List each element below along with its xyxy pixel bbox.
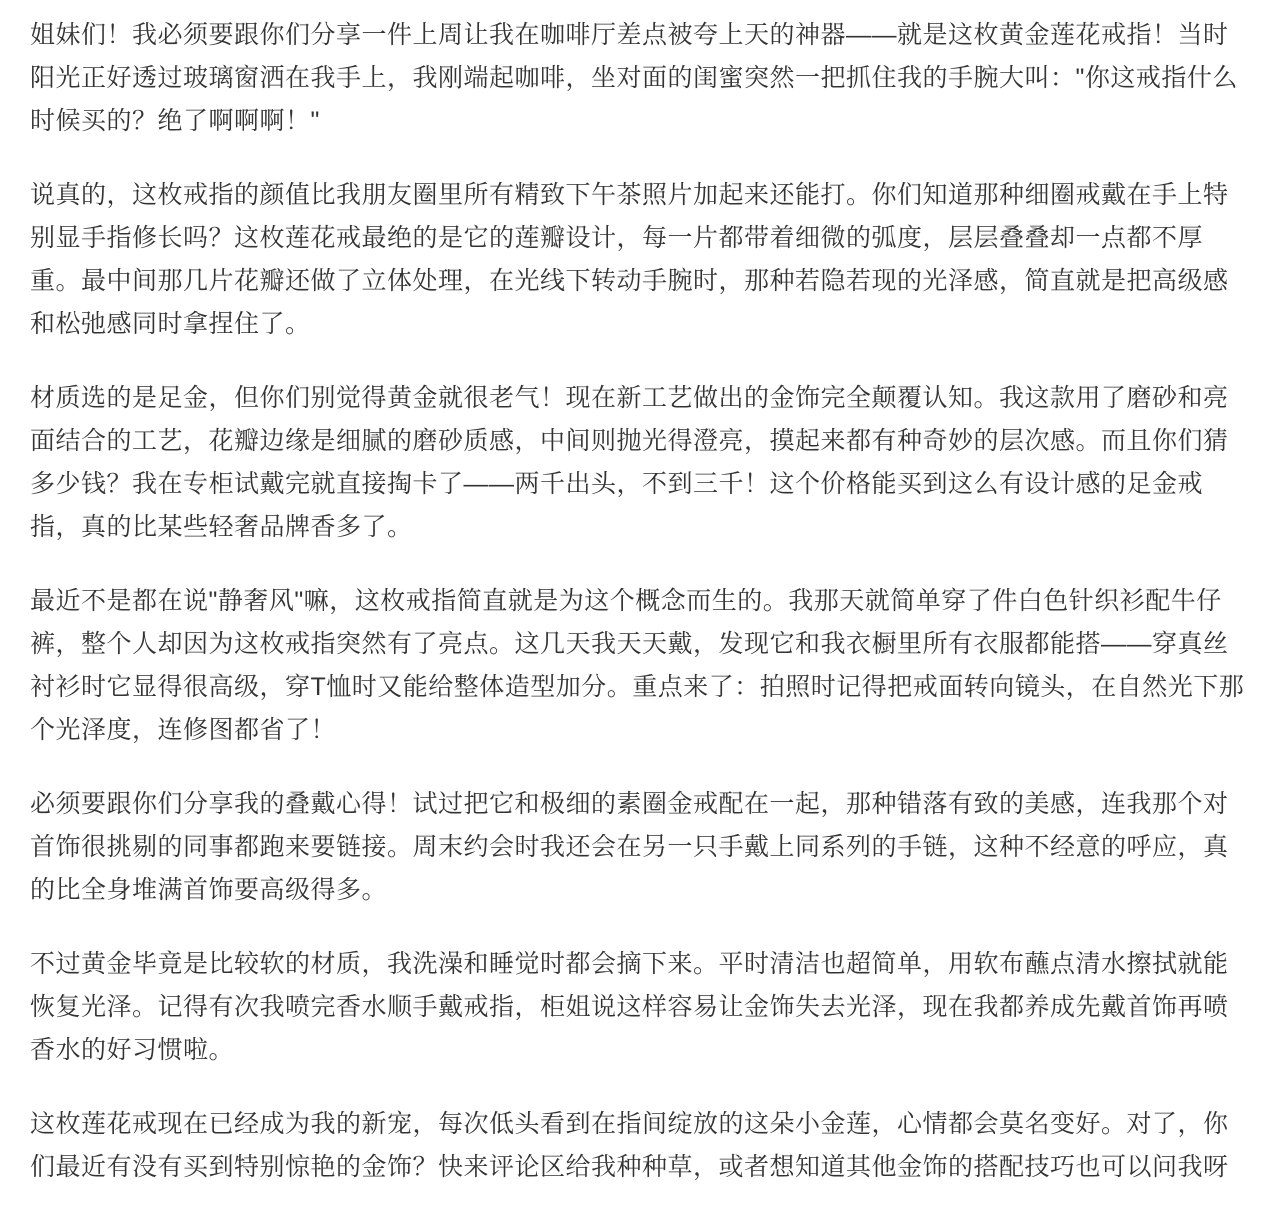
- paragraph-3: 材质选的是足金，但你们别觉得黄金就很老气！现在新工艺做出的金饰完全颠覆认知。我这…: [30, 377, 1252, 549]
- paragraph-5: 必须要跟你们分享我的叠戴心得！试过把它和极细的素圈金戒配在一起，那种错落有致的美…: [30, 783, 1252, 912]
- document-page: 姐妹们！我必须要跟你们分享一件上周让我在咖啡厅差点被夸上天的神器——就是这枚黄金…: [0, 0, 1280, 1226]
- paragraph-6: 不过黄金毕竟是比较软的材质，我洗澡和睡觉时都会摘下来。平时清洁也超简单，用软布蘸…: [30, 943, 1252, 1072]
- paragraph-2: 说真的，这枚戒指的颜值比我朋友圈里所有精致下午茶照片加起来还能打。你们知道那种细…: [30, 174, 1252, 346]
- paragraph-7: 这枚莲花戒现在已经成为我的新宠，每次低头看到在指间绽放的这朵小金莲，心情都会莫名…: [30, 1103, 1252, 1189]
- paragraph-4: 最近不是都在说"静奢风"嘛，这枚戒指简直就是为这个概念而生的。我那天就简单穿了件…: [30, 580, 1252, 752]
- paragraph-1: 姐妹们！我必须要跟你们分享一件上周让我在咖啡厅差点被夸上天的神器——就是这枚黄金…: [30, 14, 1252, 143]
- article-body: 姐妹们！我必须要跟你们分享一件上周让我在咖啡厅差点被夸上天的神器——就是这枚黄金…: [0, 0, 1280, 1189]
